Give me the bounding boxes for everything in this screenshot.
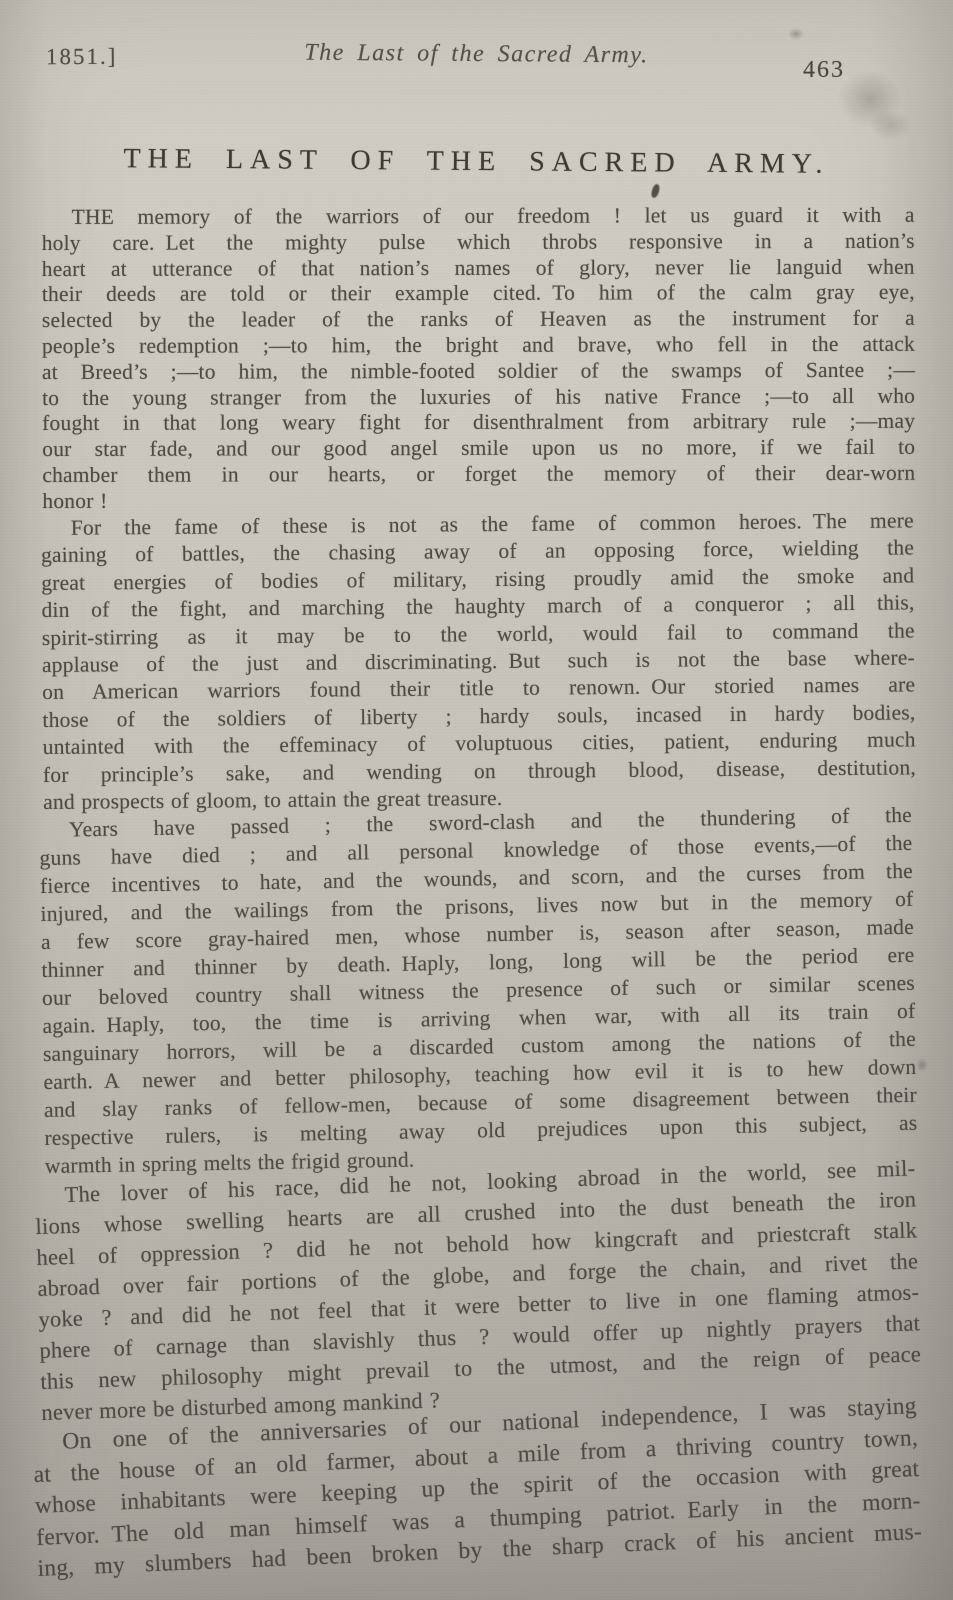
article-title: THE LAST OF THE SACRED ARMY. [0,142,953,181]
text-line: at Breed’s ;—to him, the nimble-footed s… [42,357,915,385]
text-line: people’s redemption ;—to him, the bright… [42,332,915,360]
ink-speck [916,1058,928,1072]
paragraph: For the fame of these is not as the fame… [41,507,917,816]
text-line: heart at utterance of that nation’s name… [42,254,915,282]
paragraph: THE memory of the warriors of our freedo… [42,203,916,515]
paragraph: The lover of his race, did he not, looki… [34,1152,922,1428]
text-line: fought in that long weary fight for dise… [42,409,915,437]
paragraph: Years have passed ; the sword-clash and … [39,801,918,1180]
ink-smudge [868,110,912,140]
ink-smudge [838,70,902,128]
ink-speck [788,28,804,40]
text-line: THE memory of the warriors of our freedo… [42,203,915,231]
text-line: our star fade, and our good angel smile … [42,435,915,463]
printing-artifact-mark [650,183,661,198]
text-line: chamber them in our hearts, or forget th… [42,461,915,489]
text-line: holy care. Let the mighty pulse which th… [42,229,915,257]
text-line: selected by the leader of the ranks of H… [42,306,915,334]
book-page: 1851.] The Last of the Sacred Army. 463 … [0,0,953,1600]
text-line: their deeds are told or their example ci… [42,280,915,308]
header-page-number: 463 [803,57,845,84]
article-body: THE memory of the warriors of our freedo… [42,205,915,1585]
text-line: to the young stranger from the luxuries … [42,383,915,411]
